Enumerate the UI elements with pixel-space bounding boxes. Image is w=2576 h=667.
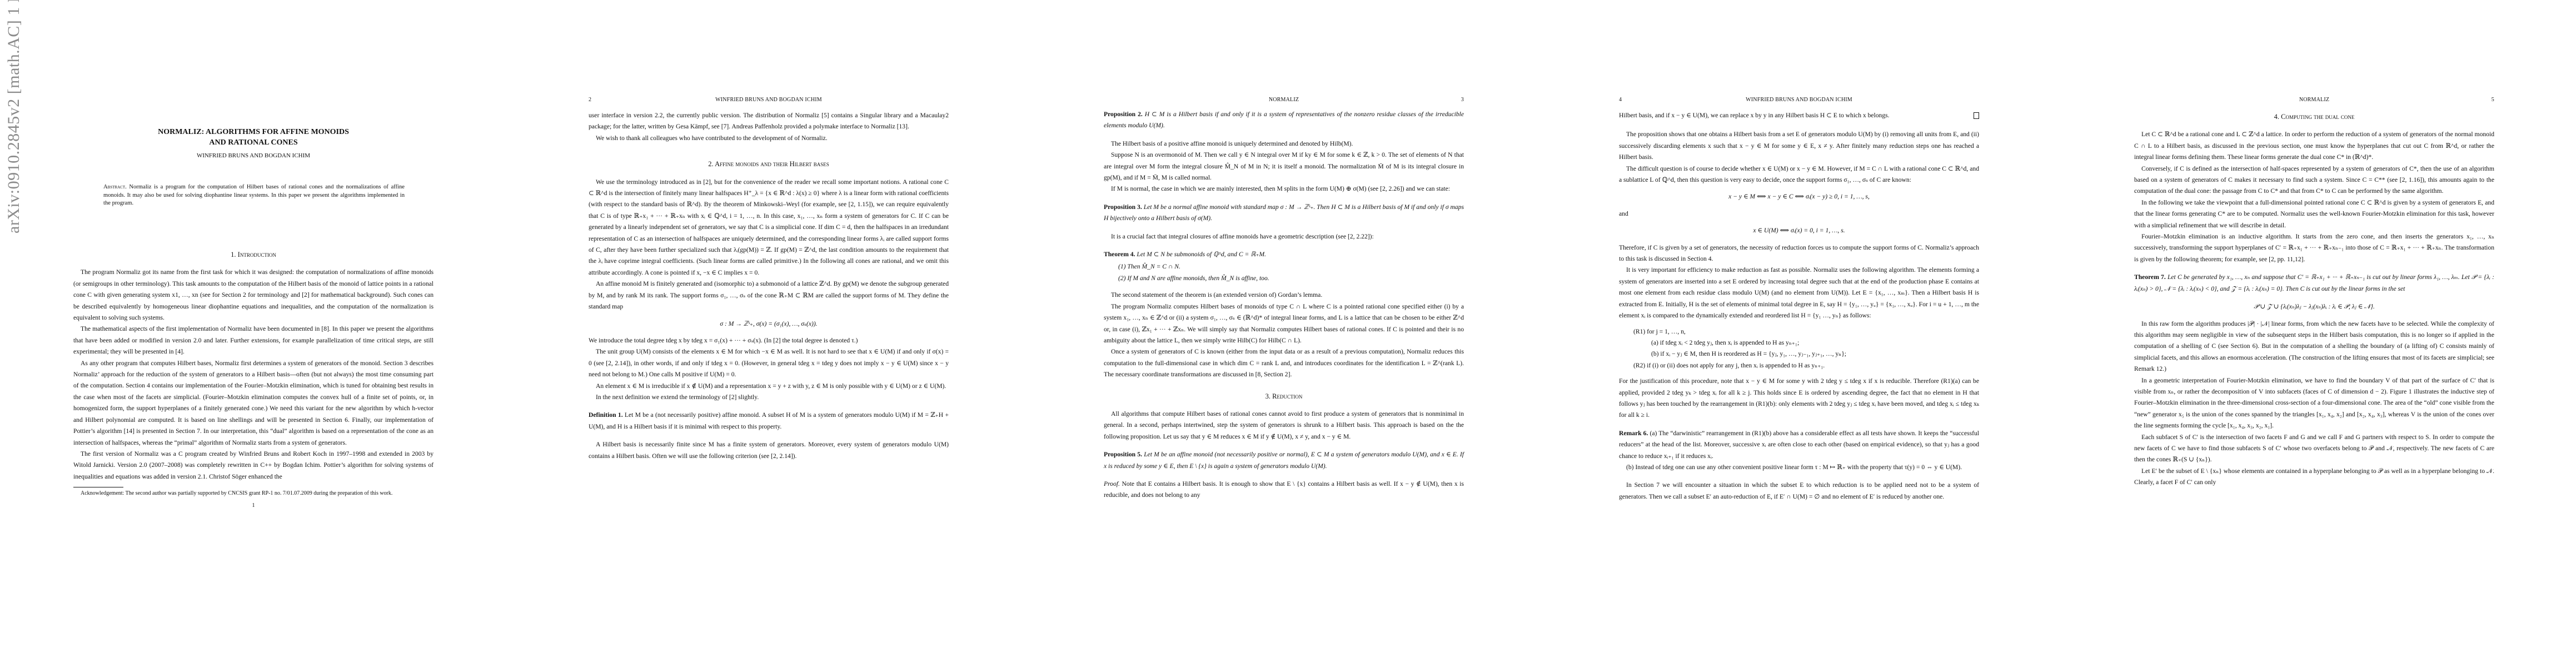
paragraph: In the next definition we extend the ter…	[589, 392, 949, 403]
page-4-body: Hilbert basis, and if x − y ∈ U(M), we c…	[1619, 110, 1979, 502]
theorem-item: (1) Then M̂_N = C ∩ N.	[1104, 261, 1464, 272]
paragraph: In Section 7 we will encounter a situati…	[1619, 480, 1979, 502]
paragraph: Therefore, if C is given by a set of gen…	[1619, 242, 1979, 265]
authors: WINFRIED BRUNS AND BOGDAN ICHIM	[73, 152, 434, 159]
page-3: NORMALIZ 3 Proposition 2. H ⊂ M is a Hil…	[1030, 0, 1546, 667]
paragraph: If M is normal, the case in which we are…	[1104, 183, 1464, 195]
step: (R1) for j = 1, …, n,	[1619, 326, 1979, 337]
abstract-text: Normaliz is a program for the computatio…	[103, 184, 405, 206]
page-1-body: 1. Introduction The program Normaliz got…	[73, 239, 434, 512]
theorem-4: Theorem 4. Let M ⊂ N be submonoids of ℚ^…	[1104, 249, 1464, 260]
paragraph: Conversely, if C is defined as the inter…	[2134, 163, 2494, 197]
paragraph: Once a system of generators of C is know…	[1104, 346, 1464, 380]
paragraph: An affine monoid M is finitely generated…	[589, 278, 949, 312]
paragraph: As any other program that computes Hilbe…	[73, 358, 434, 449]
page-2-body: user interface in version 2.2, the curre…	[589, 110, 949, 462]
section-heading: 4. Computing the dual cone	[2134, 111, 2494, 122]
section-heading: 1. Introduction	[73, 249, 434, 260]
title-line-2: AND RATIONAL CONES	[73, 137, 434, 148]
definition-text: Let M be a (not necessarily positive) af…	[589, 411, 949, 430]
title-line-1: NORMALIZ: ALGORITHMS FOR AFFINE MONOIDS	[73, 127, 434, 137]
section-heading: 2. Affine monoids and their Hilbert base…	[589, 158, 949, 170]
theorem-item-text: (1) Then M̂_N = C ∩ N.	[1118, 263, 1180, 270]
definition-1: Definition 1. Let M be a (not necessaril…	[589, 410, 949, 432]
paragraph: Let C ⊂ ℝ^d be a rational cone and L ⊂ ℤ…	[2134, 129, 2494, 163]
paragraph: We use the terminology introduced as in …	[589, 177, 949, 279]
paragraph: Let E′ be the subset of E \ {xₙ} whose e…	[2134, 466, 2494, 489]
theorem-label: Theorem 7.	[2134, 273, 2166, 281]
display-equation: 𝒫 ∪ 𝒵 ∪ {λᵢ(xₙ)λⱼ − λⱼ(xₙ)λᵢ : λᵢ ∈ 𝒫, λ…	[2134, 301, 2494, 312]
paragraph: The second statement of the theorem is (…	[1104, 290, 1464, 301]
paragraph: In a geometric interpretation of Fourier…	[2134, 375, 2494, 432]
proposition-3: Proposition 3. Let M be a normal affine …	[1104, 202, 1464, 225]
footnote: Acknowledgement: The second author was p…	[73, 490, 434, 497]
page-number: 3	[1461, 97, 1464, 103]
footnote-rule	[73, 487, 123, 487]
paragraph: It is a crucial fact that integral closu…	[1104, 231, 1464, 242]
paragraph: In this raw form the algorithm produces …	[2134, 318, 2494, 375]
definition-label: Definition 1.	[589, 411, 623, 419]
proposition-5: Proposition 5. Let M be an affine monoid…	[1104, 449, 1464, 472]
display-equation: x − y ∈ M ⟺ x − y ∈ C ⟺ σᵢ(x − y) ≥ 0, i…	[1619, 191, 1979, 202]
page-5-body: 4. Computing the dual cone Let C ⊂ ℝ^d b…	[2134, 107, 2494, 489]
proposition-label: Proposition 2.	[1104, 111, 1143, 118]
theorem-item: (2) If M and N are affine monoids, then …	[1104, 273, 1464, 284]
proposition-label: Proposition 3.	[1104, 203, 1142, 211]
paragraph: The proposition shows that one obtains a…	[1619, 129, 1979, 163]
remark-6: Remark 6. (a) The “darwinistic” rearrang…	[1619, 428, 1979, 474]
theorem-item-text: (2) If M and N are affine monoids, then …	[1118, 275, 1269, 282]
algorithm-steps: (R1) for j = 1, …, n, (a) if tdeg xᵢ < 2…	[1619, 326, 1979, 372]
paragraph: The mathematical aspects of the first im…	[73, 323, 434, 357]
page-5: NORMALIZ 5 4. Computing the dual cone Le…	[2061, 0, 2576, 667]
proof-text: Note that E contains a Hilbert basis. It…	[1104, 480, 1464, 499]
paragraph: The first version of Normaliz was a C pr…	[73, 449, 434, 482]
paragraph: We wish to thank all colleagues who have…	[589, 133, 949, 144]
paragraph: We introduce the total degree tdeg x by …	[589, 335, 949, 346]
paragraph: An element x ∈ M is irreducible if x ∉ U…	[589, 381, 949, 392]
step: (b) if xᵢ − yⱼ ∈ M, then H is reordered …	[1619, 349, 1979, 360]
running-head: 4 WINFRIED BRUNS AND BOGDAN ICHIM	[1619, 97, 1979, 104]
step: (a) if tdeg xᵢ < 2 tdeg yⱼ, then xᵢ is a…	[1619, 337, 1979, 349]
display-equation: x ∈ U(M) ⟺ σᵢ(x) = 0, i = 1, …, s.	[1619, 225, 1979, 236]
abstract-label: Abstract.	[103, 184, 127, 190]
remark-label: Remark 6.	[1619, 430, 1648, 437]
proof-label: Proof.	[1104, 480, 1120, 487]
proposition-text: Let M be an affine monoid (not necessari…	[1104, 451, 1464, 469]
theorem-text: Let C be generated by x₁, …, xₙ and supp…	[2134, 273, 2494, 292]
paragraph: The program Normaliz got its name from t…	[73, 267, 434, 323]
qed-icon	[1974, 112, 1979, 119]
running-head-title: WINFRIED BRUNS AND BOGDAN ICHIM	[1619, 97, 1979, 103]
page-2: 2 WINFRIED BRUNS AND BOGDAN ICHIM user i…	[515, 0, 1030, 667]
page-number: 1	[73, 500, 434, 511]
paper-title: NORMALIZ: ALGORITHMS FOR AFFINE MONOIDS …	[73, 127, 434, 148]
paragraph: user interface in version 2.2, the curre…	[589, 110, 949, 133]
running-head: 2 WINFRIED BRUNS AND BOGDAN ICHIM	[589, 97, 949, 104]
paragraph: The Hilbert basis of a positive affine m…	[1104, 138, 1464, 150]
step: (R2) if (i) or (ii) does not apply for a…	[1619, 360, 1979, 371]
theorem-label: Theorem 4.	[1104, 251, 1135, 258]
running-head: NORMALIZ 5	[2134, 97, 2494, 104]
paragraph: The unit group U(M) consists of the elem…	[589, 346, 949, 380]
running-head: NORMALIZ 3	[1104, 97, 1464, 104]
paragraph: For the justification of this procedure,…	[1619, 376, 1979, 421]
running-head-title: NORMALIZ	[1104, 97, 1464, 103]
display-equation: σ : M → ℤˢ₊, σ(x) = (σ₁(x), …, σₛ(x)).	[589, 318, 949, 330]
proposition-text: H ⊂ M is a Hilbert basis if and only if …	[1104, 111, 1464, 129]
theorem-text: Let M ⊂ N be submonoids of ℚ^d, and C = …	[1137, 251, 1266, 258]
paragraph: Suppose N is an overmonoid of M. Then we…	[1104, 150, 1464, 183]
paragraph: Fourier–Motzkin elimination is an induct…	[2134, 231, 2494, 265]
paragraph: It is very important for efficiency to m…	[1619, 265, 1979, 321]
proposition-label: Proposition 5.	[1104, 451, 1142, 458]
theorem-7: Theorem 7. Let C be generated by x₁, …, …	[2134, 272, 2494, 295]
page-4: 4 WINFRIED BRUNS AND BOGDAN ICHIM Hilber…	[1546, 0, 2061, 667]
paragraph: Each subfacet S of C′ is the intersectio…	[2134, 432, 2494, 466]
paragraph: Hilbert basis, and if x − y ∈ U(M), we c…	[1619, 110, 1979, 121]
proposition-2: Proposition 2. H ⊂ M is a Hilbert basis …	[1104, 109, 1464, 132]
paragraph: In the following we take the viewpoint t…	[2134, 197, 2494, 231]
section-heading: 3. Reduction	[1104, 391, 1464, 402]
remark-text: (a) The “darwinistic” rearrangement in (…	[1619, 430, 1979, 460]
proposition-text: Let M be a normal affine monoid with sta…	[1104, 203, 1464, 222]
proof: Proof. Note that E contains a Hilbert ba…	[1104, 479, 1464, 501]
page-3-body: Proposition 2. H ⊂ M is a Hilbert basis …	[1104, 109, 1464, 501]
remark-text: (b) Instead of tdeg one can use any othe…	[1619, 462, 1979, 473]
paragraph: The program Normaliz computes Hilbert ba…	[1104, 301, 1464, 347]
page-1: NORMALIZ: ALGORITHMS FOR AFFINE MONOIDS …	[0, 0, 515, 667]
paragraph: All algorithms that compute Hilbert base…	[1104, 409, 1464, 442]
running-head-title: NORMALIZ	[2134, 97, 2494, 103]
paragraph: A Hilbert basis is necessarily finite si…	[589, 439, 949, 462]
abstract: Abstract. Normaliz is a program for the …	[103, 183, 405, 208]
running-head-title: WINFRIED BRUNS AND BOGDAN ICHIM	[589, 97, 949, 103]
paragraph-text: Hilbert basis, and if x − y ∈ U(M), we c…	[1619, 112, 1890, 119]
paragraph: and	[1619, 208, 1979, 220]
page-number: 5	[2492, 97, 2494, 103]
paragraph: The difficult question is of course to d…	[1619, 163, 1979, 186]
